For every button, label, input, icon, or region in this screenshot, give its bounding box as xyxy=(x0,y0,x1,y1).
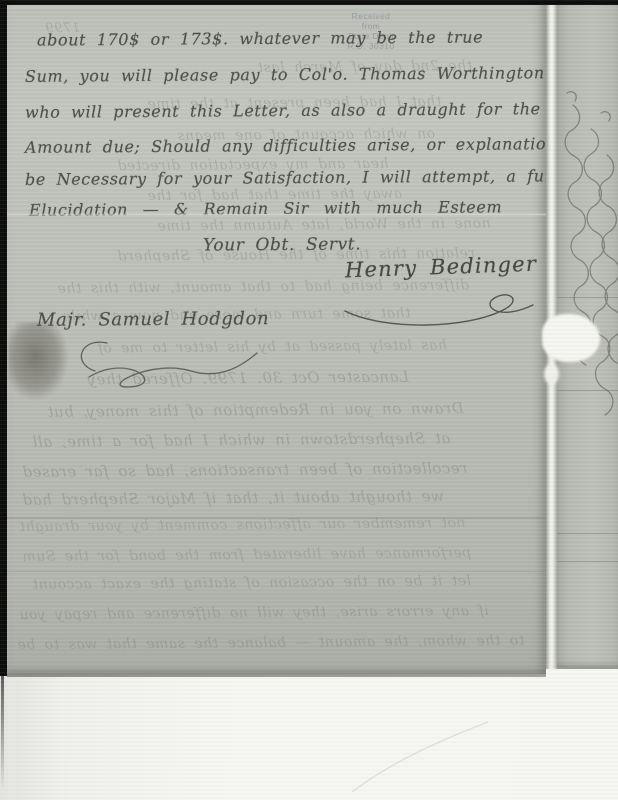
scan-border-top xyxy=(0,0,618,5)
ink-blot-stain xyxy=(8,322,68,400)
addressee-flourish xyxy=(67,335,287,391)
letter-line: be Necessary for your Satisfaction, I wi… xyxy=(25,166,589,189)
torn-paper-spot-small xyxy=(544,364,559,384)
letter-line: Amount due; Should any difficulties aris… xyxy=(25,134,557,157)
signature-henry-bedinger: Henry Bedinger xyxy=(345,252,538,283)
strip-crease xyxy=(557,561,618,562)
signature-flourish xyxy=(337,287,547,331)
letter-line: who will present this Letter, as also a … xyxy=(25,99,541,122)
scanned-letter-page: 1799the 2nd day of March lastthat I had … xyxy=(0,0,618,800)
addressee-samuel-hodgdon: Majr. Samuel Hodgdon xyxy=(37,308,269,331)
torn-paper-spot xyxy=(542,314,600,362)
strip-crease xyxy=(557,297,618,298)
letter-line: Elucidation — & Remain Sir with much Est… xyxy=(29,197,502,219)
scan-border-left-fade xyxy=(1,676,4,791)
letter-closing: Your Obt. Servt. xyxy=(203,234,361,255)
strip-crease xyxy=(557,390,618,391)
handwriting-layer: about 170$ or 173$. whatever may be the … xyxy=(7,5,546,674)
strip-crease xyxy=(557,533,618,534)
scan-border-left xyxy=(0,0,7,676)
letter-paper: 1799the 2nd day of March lastthat I had … xyxy=(7,5,546,674)
letter-line: Sum, you will please pay to Col'o. Thoma… xyxy=(25,63,545,86)
letter-line: about 170$ or 173$. whatever may be the … xyxy=(37,27,483,49)
